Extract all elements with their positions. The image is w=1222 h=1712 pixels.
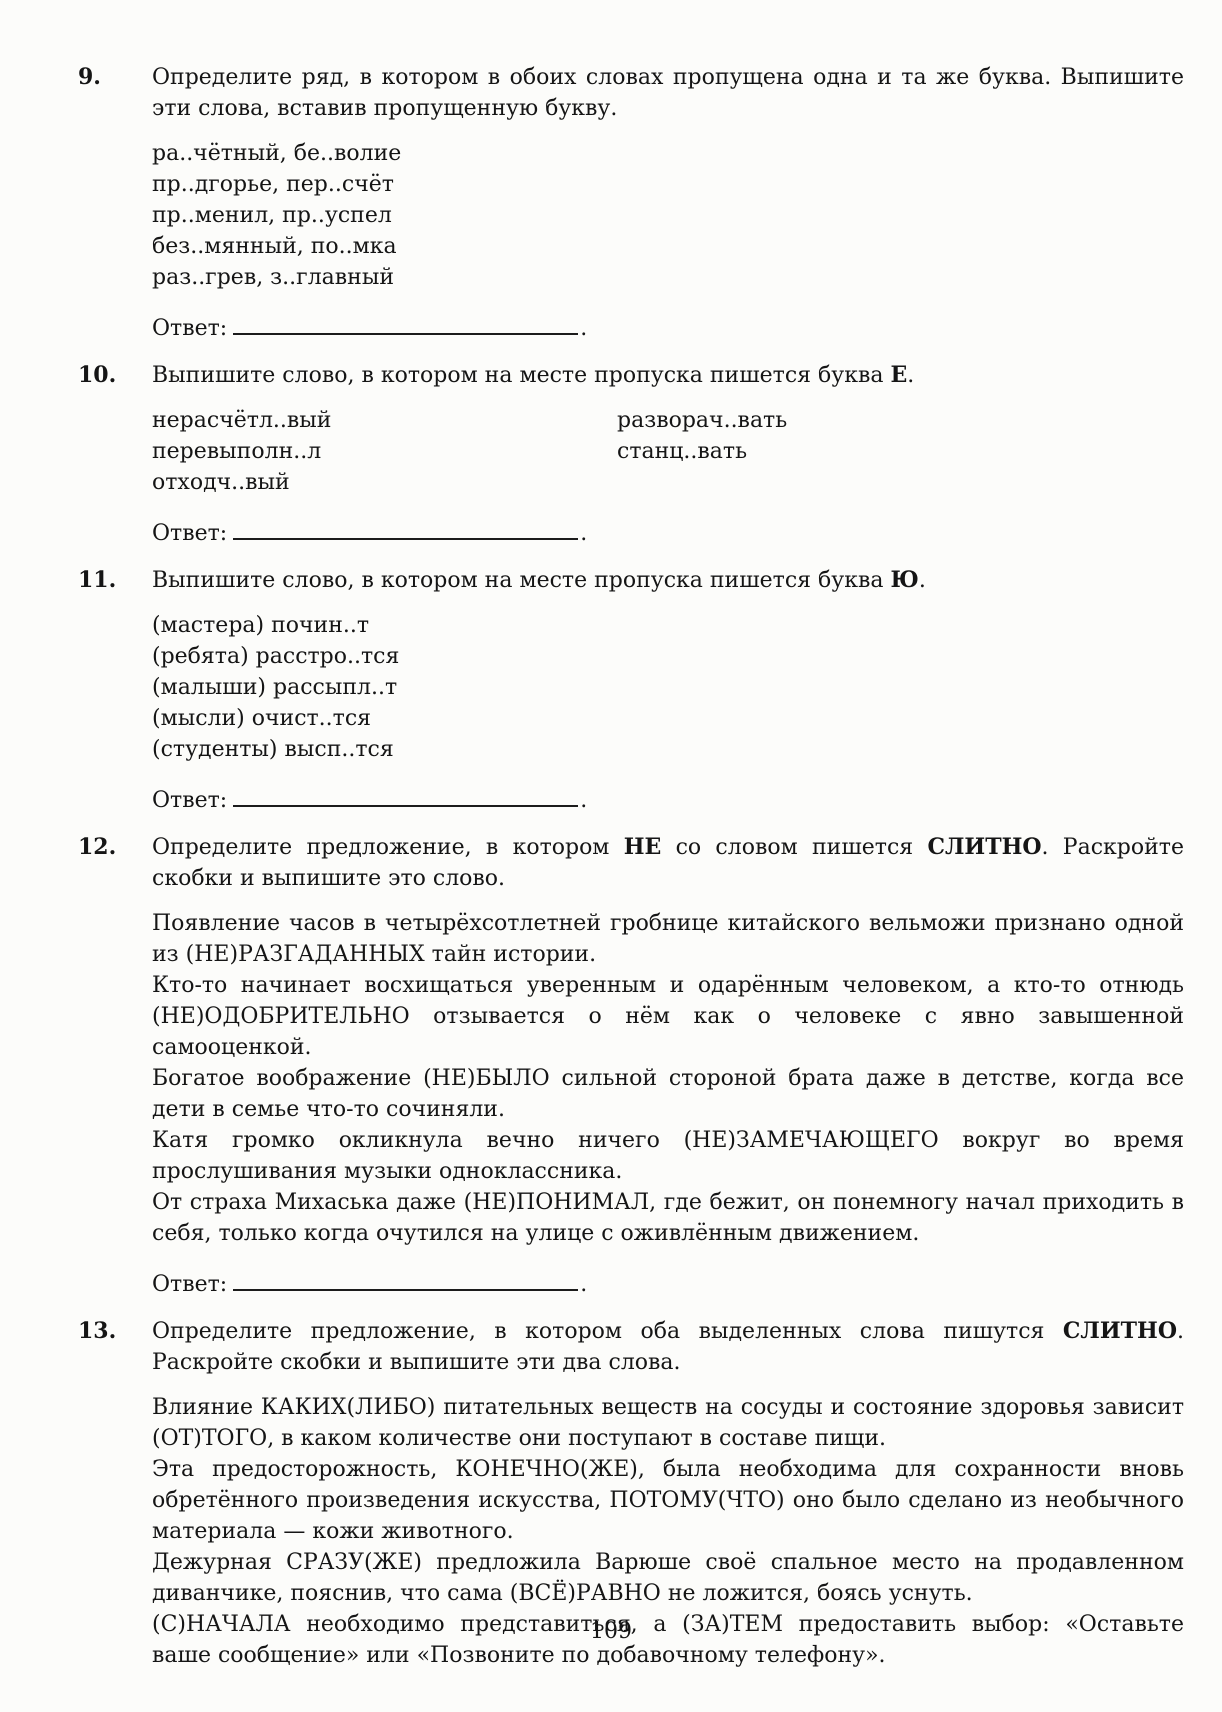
question-13-prompt: Определите предложение, в котором оба вы…: [152, 1316, 1184, 1378]
option: (ребята) расстро..тся: [152, 641, 1184, 672]
answer-period: .: [580, 316, 587, 341]
question-12-body: Определите предложение, в котором НЕ со …: [152, 832, 1184, 1300]
option: перевыполн..л: [152, 436, 617, 467]
prompt-bold-word: СЛИТНО: [927, 834, 1041, 860]
prompt-bold-letter: Ю: [890, 567, 918, 593]
option: раз..грев, з..главный: [152, 262, 1184, 293]
answer-blank: [233, 309, 578, 335]
option: станц..вать: [617, 436, 1184, 467]
question-10-number: 10.: [78, 360, 152, 549]
prompt-text: со словом пишется: [661, 835, 927, 860]
option: (студенты) высп..тся: [152, 734, 1184, 765]
answer-label: Ответ:: [152, 521, 227, 546]
answer-row: Ответ:.: [152, 781, 1184, 816]
sentence: Влияние КАКИХ(ЛИБО) питательных веществ …: [152, 1392, 1184, 1454]
question-10-body: Выпишите слово, в котором на месте пропу…: [152, 360, 1184, 549]
answer-row: Ответ:.: [152, 309, 1184, 344]
exam-page: 9. Определите ряд, в котором в обоих сло…: [0, 0, 1222, 1712]
sentence: Богатое воображение (НЕ)БЫЛО сильной сто…: [152, 1063, 1184, 1125]
question-11: 11. Выпишите слово, в котором на месте п…: [78, 565, 1184, 816]
question-9-body: Определите ряд, в котором в обоих словах…: [152, 62, 1184, 344]
sentence: От страха Михаська даже (НЕ)ПОНИМАЛ, где…: [152, 1187, 1184, 1249]
option: без..мянный, по..мка: [152, 231, 1184, 262]
option: (мастера) почин..т: [152, 610, 1184, 641]
answer-row: Ответ:.: [152, 1265, 1184, 1300]
prompt-bold-word: СЛИТНО: [1063, 1318, 1177, 1344]
option: отходч..вый: [152, 467, 617, 498]
answer-period: .: [580, 521, 587, 546]
prompt-text: Определите ряд, в котором в обоих словах…: [152, 65, 1184, 121]
question-9: 9. Определите ряд, в котором в обоих сло…: [78, 62, 1184, 344]
question-9-options: ра..чётный, бе..волие пр..дгорье, пер..с…: [152, 138, 1184, 293]
option: разворач..вать: [617, 405, 1184, 436]
question-11-body: Выпишите слово, в котором на месте пропу…: [152, 565, 1184, 816]
sentence: Катя громко окликнула вечно ничего (НЕ)З…: [152, 1125, 1184, 1187]
option: (малыши) рассыпл..т: [152, 672, 1184, 703]
question-11-options: (мастера) почин..т (ребята) расстро..тся…: [152, 610, 1184, 765]
prompt-text: Выпишите слово, в котором на месте пропу…: [152, 363, 890, 388]
question-11-number: 11.: [78, 565, 152, 816]
answer-blank: [233, 1265, 578, 1291]
answer-row: Ответ:.: [152, 514, 1184, 549]
question-11-prompt: Выпишите слово, в котором на месте пропу…: [152, 565, 1184, 596]
prompt-bold-letter: Е: [890, 362, 907, 388]
prompt-bold-word: НЕ: [624, 834, 662, 860]
option: ра..чётный, бе..волие: [152, 138, 1184, 169]
question-10-prompt: Выпишите слово, в котором на месте пропу…: [152, 360, 1184, 391]
page-number: 109: [0, 1616, 1222, 1647]
prompt-text: Определите предложение, в котором: [152, 835, 624, 860]
prompt-text: .: [919, 568, 926, 593]
sentence: Появление часов в четырёхсотлетней гробн…: [152, 908, 1184, 970]
question-10: 10. Выпишите слово, в котором на месте п…: [78, 360, 1184, 549]
question-12: 12. Определите предложение, в котором НЕ…: [78, 832, 1184, 1300]
answer-label: Ответ:: [152, 316, 227, 341]
prompt-text: .: [907, 363, 914, 388]
question-9-prompt: Определите ряд, в котором в обоих словах…: [152, 62, 1184, 124]
answer-blank: [233, 514, 578, 540]
option: (мысли) очист..тся: [152, 703, 1184, 734]
option: пр..дгорье, пер..счёт: [152, 169, 1184, 200]
sentence: Кто-то начинает восхищаться уверенным и …: [152, 970, 1184, 1063]
answer-blank: [233, 781, 578, 807]
sentence: Дежурная СРАЗУ(ЖЕ) предложила Варюше сво…: [152, 1547, 1184, 1609]
question-10-options: нерасчётл..вый перевыполн..л отходч..вый…: [152, 405, 1184, 498]
answer-period: .: [580, 788, 587, 813]
question-12-sentences: Появление часов в четырёхсотлетней гробн…: [152, 908, 1184, 1249]
answer-label: Ответ:: [152, 1272, 227, 1297]
question-9-number: 9.: [78, 62, 152, 344]
answer-period: .: [580, 1272, 587, 1297]
prompt-text: Выпишите слово, в котором на месте пропу…: [152, 568, 890, 593]
question-12-prompt: Определите предложение, в котором НЕ со …: [152, 832, 1184, 894]
prompt-text: Определите предложение, в котором оба вы…: [152, 1319, 1063, 1344]
options-left-column: нерасчётл..вый перевыполн..л отходч..вый: [152, 405, 617, 498]
options-right-column: разворач..вать станц..вать: [617, 405, 1184, 498]
sentence: Эта предосторожность, КОНЕЧНО(ЖЕ), была …: [152, 1454, 1184, 1547]
option: пр..менил, пр..успел: [152, 200, 1184, 231]
answer-label: Ответ:: [152, 788, 227, 813]
option: нерасчётл..вый: [152, 405, 617, 436]
question-12-number: 12.: [78, 832, 152, 1300]
